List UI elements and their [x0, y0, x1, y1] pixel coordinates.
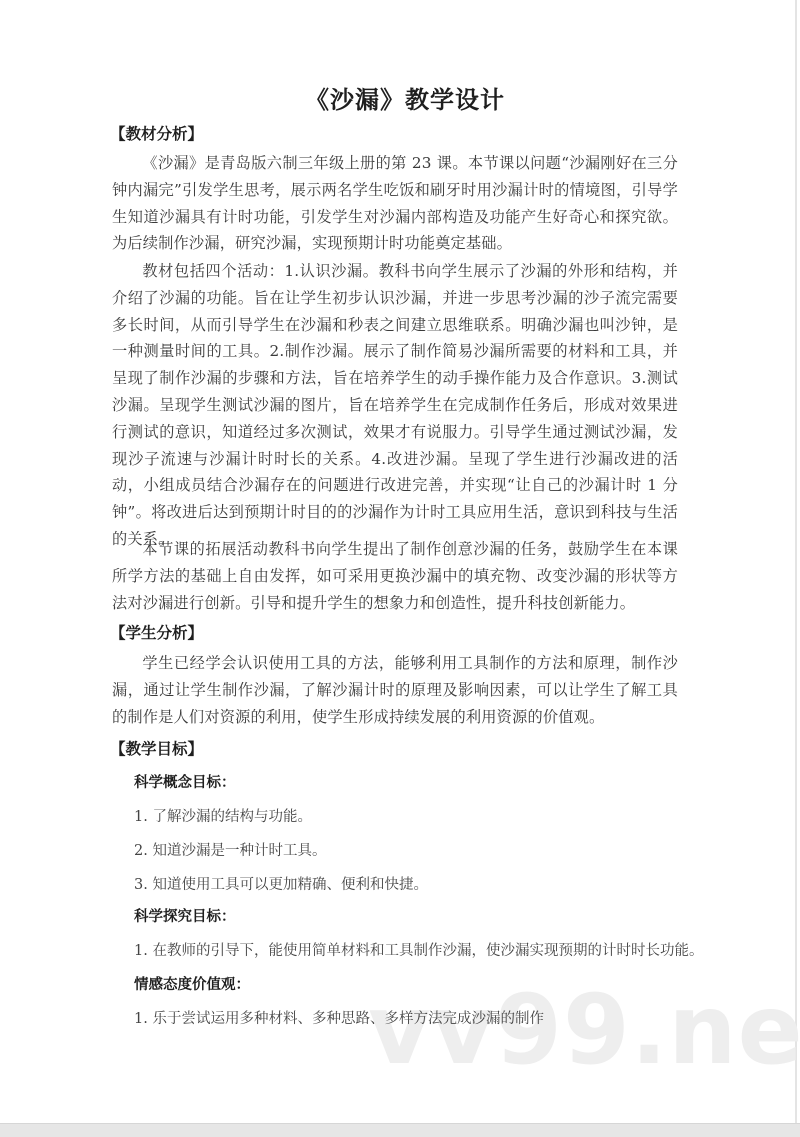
page-gap-band [0, 1123, 800, 1137]
goal-item: 1. 了解沙漏的结构与功能。 [134, 805, 312, 826]
goal-heading-science-concepts: 科学概念目标： [134, 771, 236, 792]
document-page: vv99.net 《沙漏》教学设计 【教材分析】 《沙漏》是青岛版六制三年级上册… [0, 0, 797, 1123]
paragraph-textbook-intro: 《沙漏》是青岛版六制三年级上册的第 23 课。本节课以问题“沙漏刚好在三分钟内漏… [112, 150, 678, 257]
watermark: vv99.net [368, 982, 800, 1078]
goal-heading-attitudes-values: 情感态度价值观： [134, 973, 250, 994]
goal-item: 2. 知道沙漏是一种计时工具。 [134, 839, 326, 860]
section-heading-textbook-analysis: 【教材分析】 [110, 122, 203, 144]
paragraph-student-analysis: 学生已经学会认识使用工具的方法，能够利用工具制作的方法和原理，制作沙漏，通过让学… [112, 650, 678, 730]
paragraph-textbook-activities: 教材包括四个活动：1.认识沙漏。教科书向学生展示了沙漏的外形和结构，并介绍了沙漏… [112, 258, 678, 553]
section-heading-teaching-goals: 【教学目标】 [110, 737, 203, 759]
document-title: 《沙漏》教学设计 [110, 80, 700, 115]
goal-item: 3. 知道使用工具可以更加精确、便利和快捷。 [134, 873, 428, 894]
goal-heading-science-inquiry: 科学探究目标： [134, 905, 236, 926]
goal-item: 1. 在教师的引导下，能使用简单材料和工具制作沙漏，使沙漏实现预期的计时时长功能… [134, 939, 703, 960]
paragraph-textbook-extension: 本节课的拓展活动教科书向学生提出了制作创意沙漏的任务，鼓励学生在本课所学方法的基… [112, 536, 678, 616]
goal-item: 1. 乐于尝试运用多种材料、多种思路、多样方法完成沙漏的制作 [134, 1007, 544, 1028]
section-heading-student-analysis: 【学生分析】 [110, 621, 203, 643]
